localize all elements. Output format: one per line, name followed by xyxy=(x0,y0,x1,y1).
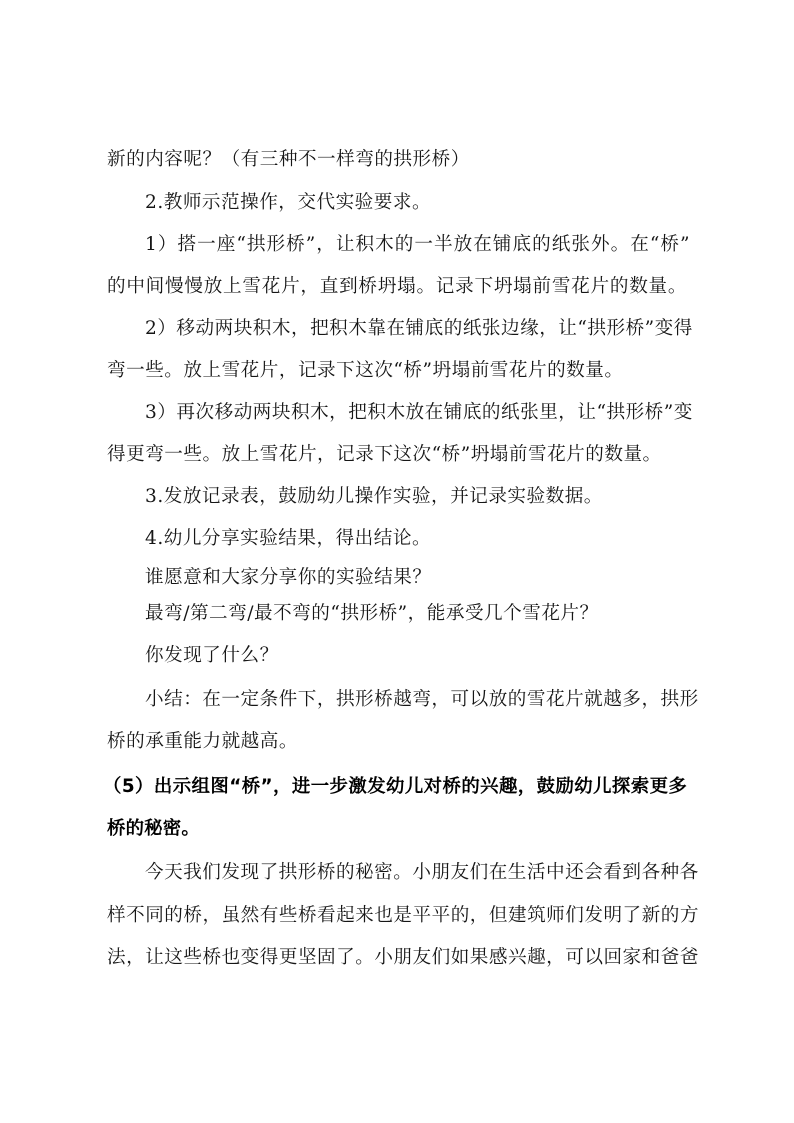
closing-paragraph-line-1: 今天我们发现了拱形桥的秘密。小朋友们在生活中还会看到各种各 xyxy=(145,861,690,885)
closing-paragraph-line-2: 样不同的桥，虽然有些桥看起来也是平平的，但建筑师们发明了新的方 xyxy=(107,904,687,928)
substep-2-line-1: 2）移动两块积木，把积木靠在铺底的纸张边缘，让“拱形桥”变得 xyxy=(145,317,690,341)
substep-1-line-1: 1）搭一座“拱形桥”，让积木的一半放在铺底的纸张外。在“桥” xyxy=(145,233,690,257)
substep-1-line-2: 的中间慢慢放上雪花片，直到桥坍塌。记录下坍塌前雪花片的数量。 xyxy=(107,275,687,299)
step-4-heading: 4.幼儿分享实验结果，得出结论。 xyxy=(145,527,690,551)
body-line-question-continuation: 新的内容呢？（有三种不一样弯的拱形桥） xyxy=(107,148,687,172)
summary-line-1: 小结：在一定条件下，拱形桥越弯，可以放的雪花片就越多，拱形 xyxy=(145,688,690,712)
step-3-heading: 3.发放记录表，鼓励幼儿操作实验，并记录实验数据。 xyxy=(145,485,690,509)
document-page: 新的内容呢？（有三种不一样弯的拱形桥） 2.教师示范操作，交代实验要求。 1）搭… xyxy=(0,0,794,1123)
substep-2-line-2: 弯一些。放上雪花片，记录下这次“桥”坍塌前雪花片的数量。 xyxy=(107,359,687,383)
question-share-results: 谁愿意和大家分享你的实验结果？ xyxy=(145,566,690,590)
substep-3-line-2: 得更弯一些。放上雪花片，记录下这次“桥”坍塌前雪花片的数量。 xyxy=(107,443,687,467)
closing-paragraph-line-3: 法，让这些桥也变得更坚固了。小朋友们如果感兴趣，可以回家和爸爸 xyxy=(107,946,687,970)
section-5-heading-line-2: 桥的秘密。 xyxy=(107,817,687,841)
summary-line-2: 桥的承重能力就越高。 xyxy=(107,730,687,754)
question-what-found: 你发现了什么？ xyxy=(145,644,690,668)
section-5-heading-line-1: （5）出示组图“桥”，进一步激发幼儿对桥的兴趣，鼓励幼儿探索更多 xyxy=(103,775,687,799)
substep-3-line-1: 3）再次移动两块积木，把积木放在铺底的纸张里，让“拱形桥”变 xyxy=(145,401,690,425)
step-2-heading: 2.教师示范操作，交代实验要求。 xyxy=(145,191,690,215)
question-snowflake-count: 最弯/第二弯/最不弯的“拱形桥”，能承受几个雪花片？ xyxy=(145,602,690,626)
